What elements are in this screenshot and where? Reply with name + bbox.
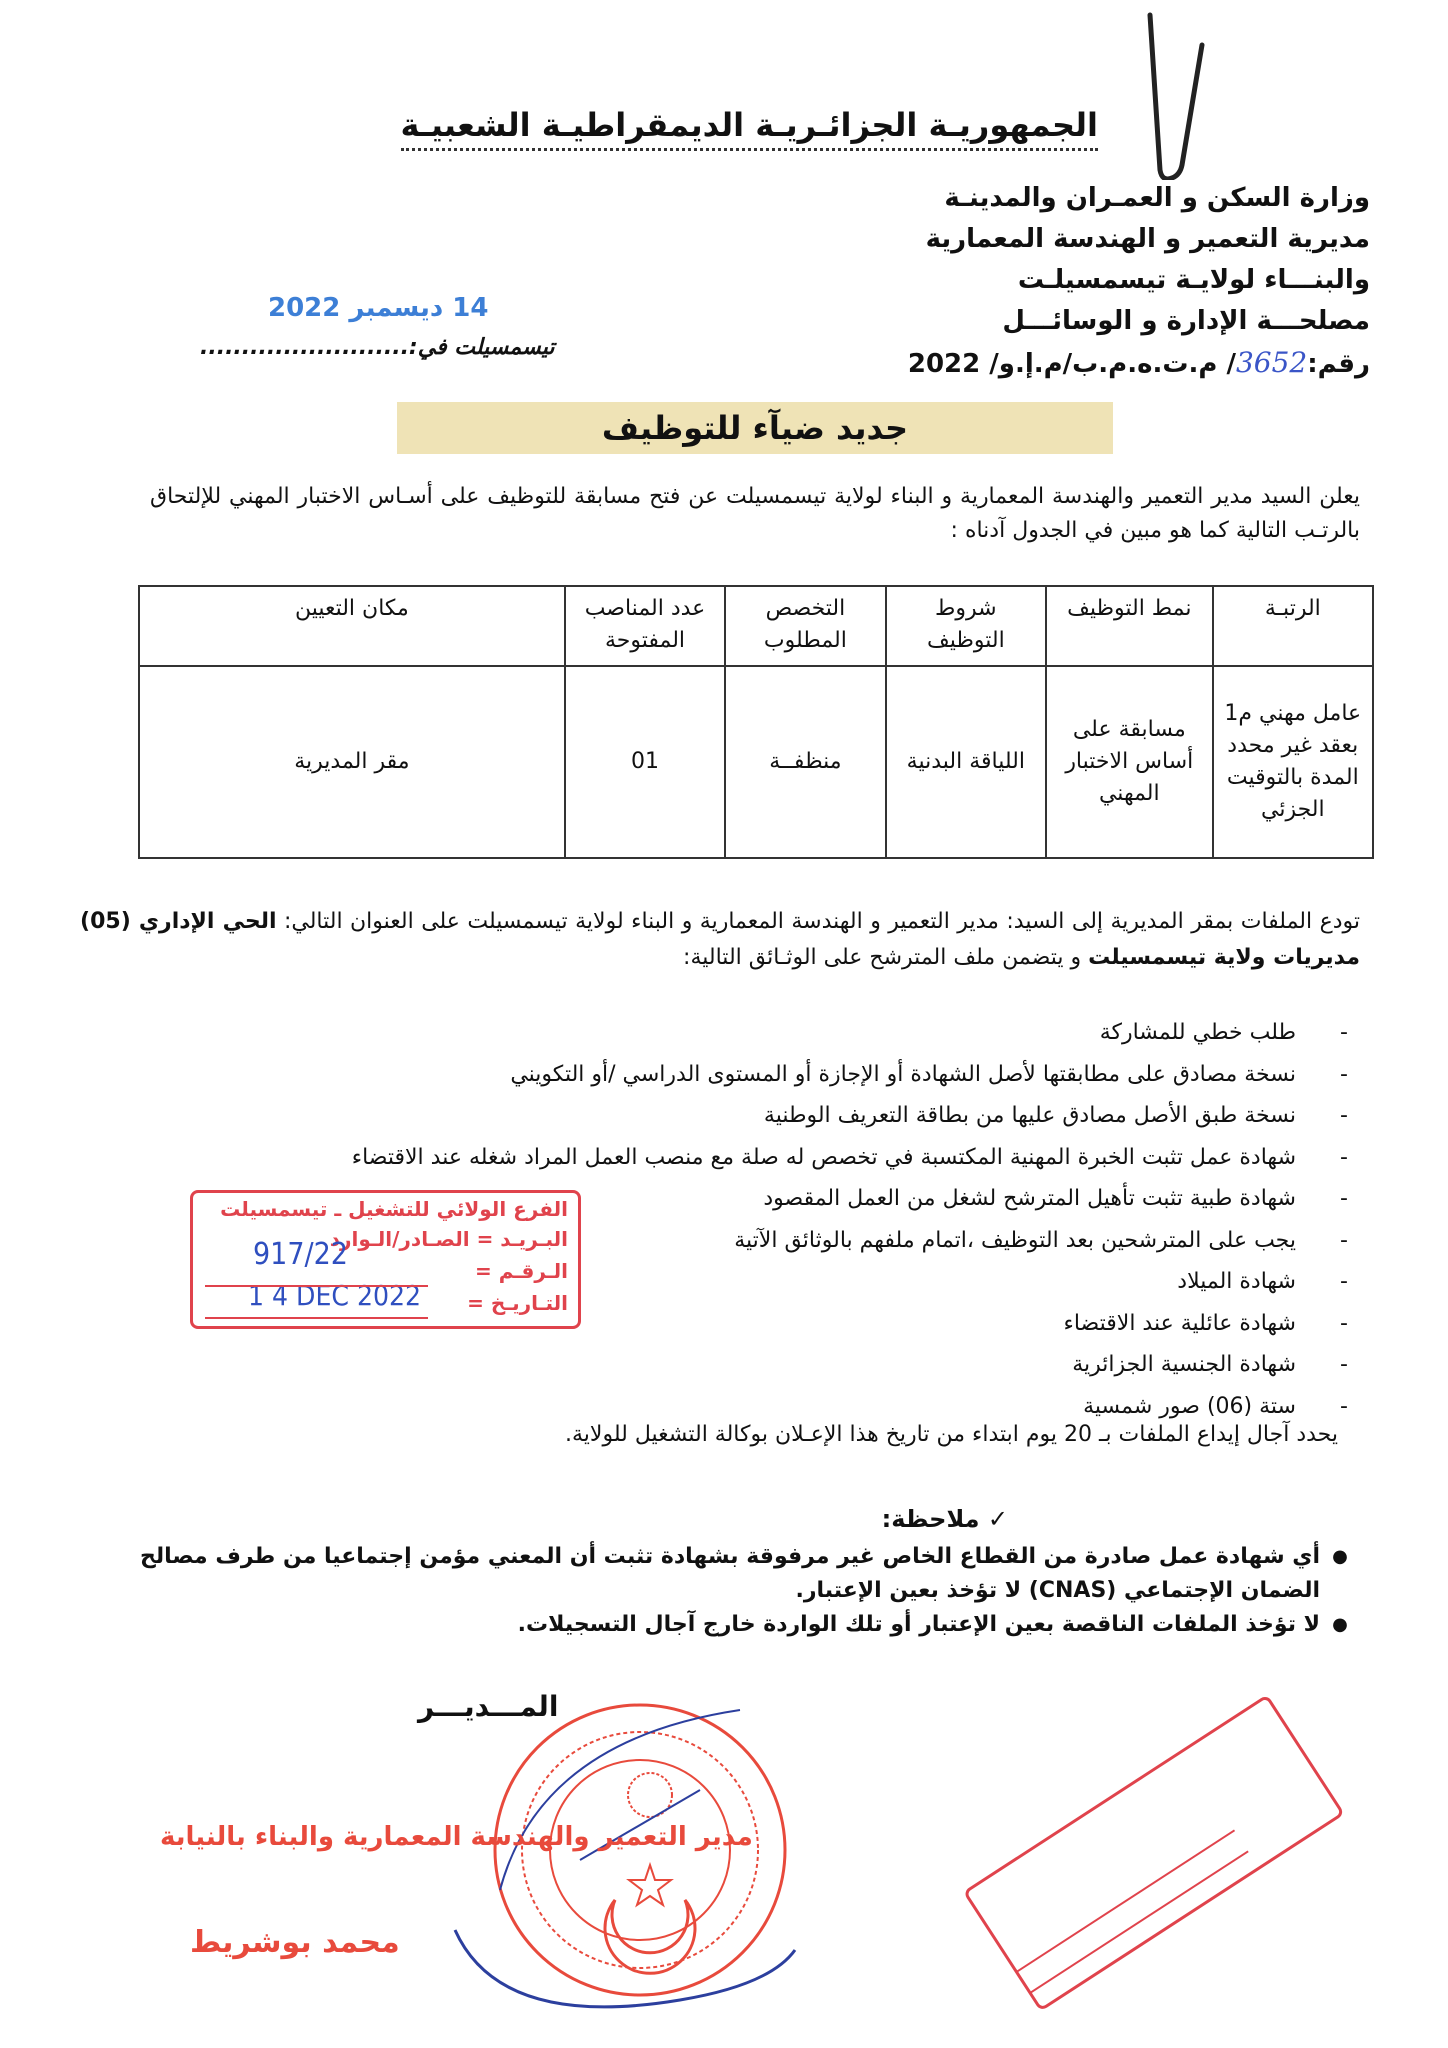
stamp-underline xyxy=(205,1285,428,1287)
mail-stamp-icon xyxy=(930,1680,1350,2020)
dash-bullet-icon: - xyxy=(1296,1261,1348,1303)
stamp-number-value: 917/22 xyxy=(253,1237,348,1272)
list-item: -شهادة عمل تثبت الخبرة المهنية المكتسبة … xyxy=(352,1137,1348,1179)
reference-number: 3652 xyxy=(1236,346,1307,379)
republic-heading: الجمهوريـة الجزائـريـة الديمقراطيـة الشع… xyxy=(401,106,1099,151)
date-stamp: 14 ديسمبر 2022 xyxy=(268,293,488,323)
deadline-text: يحدد آجال إيداع الملفات بـ 20 يوم ابتداء… xyxy=(565,1422,1338,1447)
list-item: -شهادة الجنسية الجزائرية xyxy=(352,1344,1348,1386)
deposit-paragraph: تودع الملفات بمقر المديرية إلى السيد: مد… xyxy=(80,904,1360,976)
list-item: ●لا تؤخذ الملفات الناقصة بعين الإعتبار أ… xyxy=(120,1608,1360,1642)
deposit-text: تودع الملفات بمقر المديرية إلى السيد: مد… xyxy=(277,909,1361,934)
dash-bullet-icon: - xyxy=(1296,1054,1348,1096)
positions-table: الرتبـة نمط التوظيف شروط التوظيف التخصص … xyxy=(138,585,1374,859)
place-date: تيسمسيلت في:......................... xyxy=(200,335,555,360)
note-heading: ✓ ملاحظة: xyxy=(882,1505,1008,1533)
table-row: عامل مهني م1 بعقد غير محدد المدة بالتوقي… xyxy=(139,666,1373,858)
dash-bullet-icon: - xyxy=(1296,1137,1348,1179)
column-header: شروط التوظيف xyxy=(886,586,1046,666)
bullet-dot-icon: ● xyxy=(1320,1608,1360,1642)
dash-bullet-icon: - xyxy=(1296,1303,1348,1345)
column-header: نمط التوظيف xyxy=(1046,586,1213,666)
stamp-underline xyxy=(205,1317,428,1319)
stamp-date-value: 1 4 DEC 2022 xyxy=(248,1279,421,1312)
table-header-row: الرتبـة نمط التوظيف شروط التوظيف التخصص … xyxy=(139,586,1373,666)
notes-list: ●أي شهادة عمل صادرة من القطاع الخاص غير … xyxy=(120,1540,1360,1642)
stamp-number-label: الـرقـم = xyxy=(475,1259,568,1283)
list-item: -نسخة طبق الأصل مصادق عليها من بطاقة الت… xyxy=(352,1095,1348,1137)
seal-name-line: محمد بوشريط xyxy=(190,1925,400,1960)
seal-title-line: مدير التعمير والهندسة المعمارية والبناء … xyxy=(160,1822,753,1852)
ministry-header: وزارة السكن و العمـران والمدينـة مديرية … xyxy=(908,178,1370,385)
paper-clip-icon xyxy=(1140,10,1210,180)
reference-suffix: / م.ت.ه.م.ب/م.إ.و/ 2022 xyxy=(908,349,1236,379)
stamp-line: الفرع الولائي للتشغيل ـ تيسمسيلت xyxy=(220,1197,568,1221)
reference-prefix: رقم: xyxy=(1307,349,1370,379)
table-cell: مقر المديرية xyxy=(139,666,565,858)
ministry-line: وزارة السكن و العمـران والمدينـة xyxy=(908,178,1370,219)
column-header: مكان التعيين xyxy=(139,586,565,666)
list-item: -نسخة مصادق على مطابقتها لأصل الشهادة أو… xyxy=(352,1054,1348,1096)
ministry-line: مصلحـــة الإدارة و الوسائـــل xyxy=(908,301,1370,342)
table-cell: 01 xyxy=(565,666,725,858)
dash-bullet-icon: - xyxy=(1296,1178,1348,1220)
column-header: الرتبـة xyxy=(1213,586,1373,666)
dash-bullet-icon: - xyxy=(1296,1386,1348,1428)
column-header: التخصص المطلوب xyxy=(725,586,885,666)
table-cell: اللياقة البدنية xyxy=(886,666,1046,858)
deposit-text: و يتضمن ملف المترشح على الوثـائق التالية… xyxy=(683,945,1088,970)
dash-bullet-icon: - xyxy=(1296,1344,1348,1386)
list-item: ●أي شهادة عمل صادرة من القطاع الخاص غير … xyxy=(120,1540,1360,1608)
table-cell: عامل مهني م1 بعقد غير محدد المدة بالتوقي… xyxy=(1213,666,1373,858)
dash-bullet-icon: - xyxy=(1296,1220,1348,1262)
employment-agency-stamp: الفرع الولائي للتشغيل ـ تيسمسيلت البـريـ… xyxy=(190,1190,581,1329)
list-item: -طلب خطي للمشاركة xyxy=(352,1012,1348,1054)
page-title: جديد ضيآء للتوظيف xyxy=(397,402,1113,454)
ministry-line: مديرية التعمير و الهندسة المعمارية xyxy=(908,219,1370,260)
intro-paragraph: يعلن السيد مدير التعمير والهندسة المعمار… xyxy=(150,480,1360,548)
column-header: عدد المناصب المفتوحة xyxy=(565,586,725,666)
reference-line: رقم:3652/ م.ت.ه.م.ب/م.إ.و/ 2022 xyxy=(908,342,1370,385)
dash-bullet-icon: - xyxy=(1296,1012,1348,1054)
list-item: -ستة (06) صور شمسية xyxy=(352,1386,1348,1428)
table-cell: مسابقة على أساس الاختبار المهني xyxy=(1046,666,1213,858)
table-cell: منظفــة xyxy=(725,666,885,858)
stamp-line: البـريـد = الصـادر/الـوارد xyxy=(330,1227,568,1251)
official-seal-icon xyxy=(440,1700,800,2020)
bullet-dot-icon: ● xyxy=(1320,1540,1360,1608)
ministry-line: والبنـــاء لولايـة تيسمسيلـت xyxy=(908,260,1370,301)
dash-bullet-icon: - xyxy=(1296,1095,1348,1137)
stamp-date-label: التـاريـخ = xyxy=(467,1291,568,1315)
